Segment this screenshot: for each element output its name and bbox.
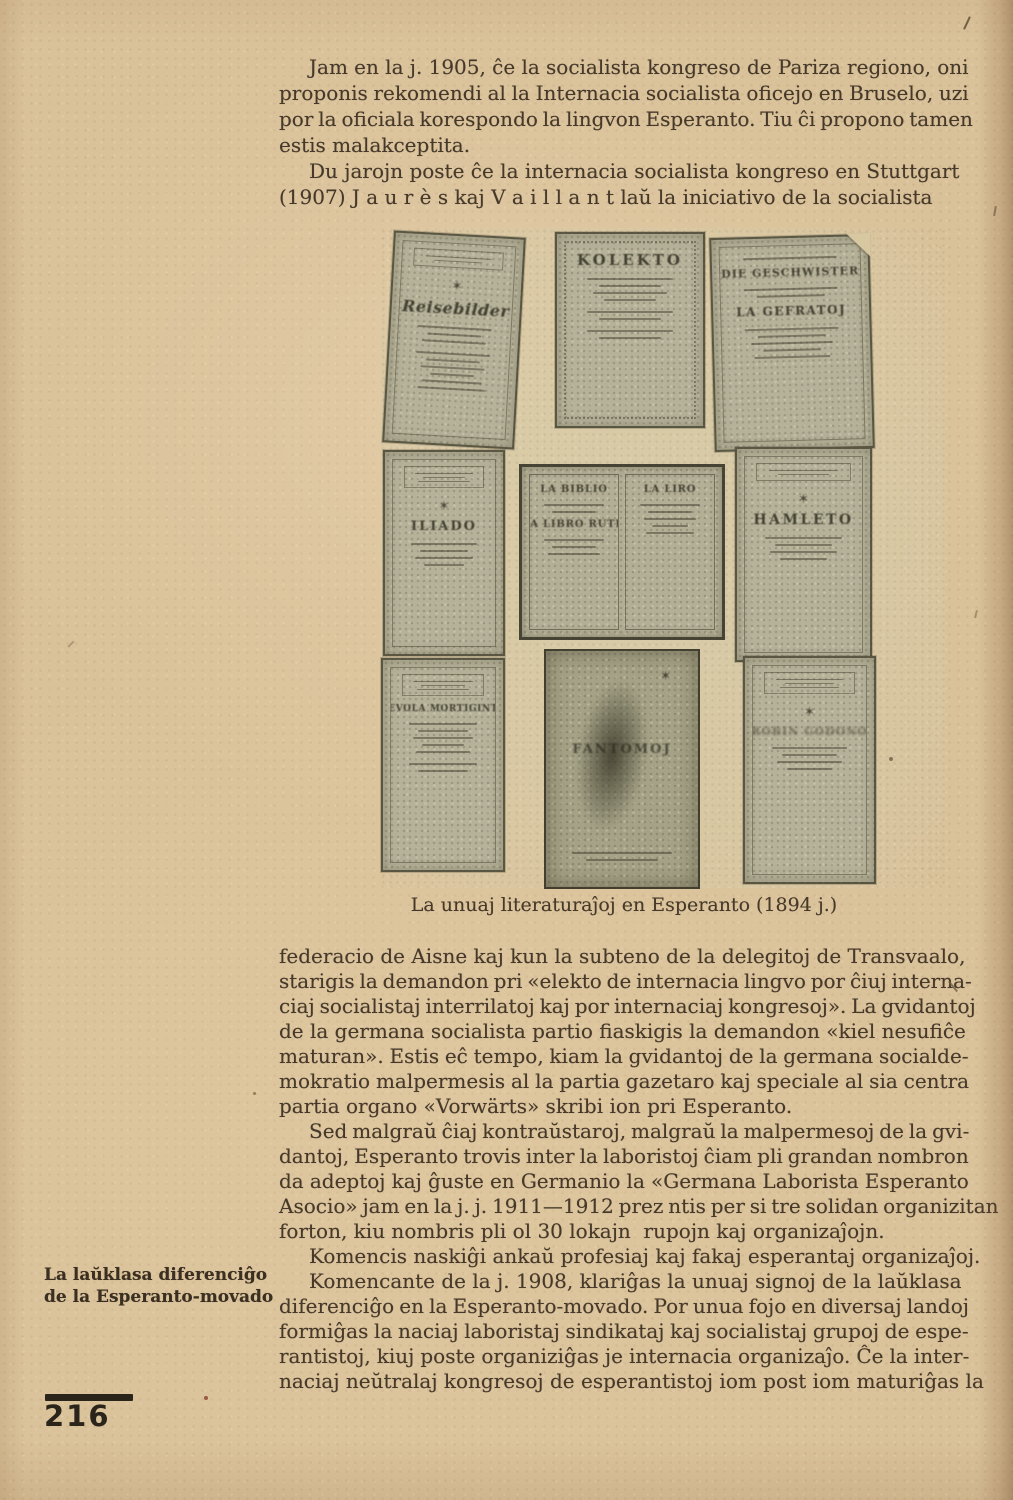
illegible-print-line bbox=[415, 473, 473, 475]
book-text-lines bbox=[561, 847, 682, 866]
esperanto-star-icon: ✶ bbox=[439, 500, 450, 513]
illegible-print-line bbox=[409, 763, 477, 765]
illegible-print-line bbox=[416, 351, 490, 357]
text-line: ciaj socialistaj interrilatoj kaj por in… bbox=[279, 994, 969, 1019]
text-line: starigis la demandon pri «elekto de inte… bbox=[279, 969, 969, 994]
illegible-print-line bbox=[778, 474, 828, 476]
book-title: FANTOMOJ bbox=[553, 742, 691, 758]
illegible-print-line bbox=[413, 737, 473, 739]
illegible-print-line bbox=[548, 553, 600, 555]
illegible-print-line bbox=[424, 564, 464, 566]
illegible-print-line bbox=[780, 687, 838, 689]
esperanto-star-icon: ✶ bbox=[804, 706, 815, 719]
illegible-print-line bbox=[787, 768, 832, 770]
illegible-print-line bbox=[415, 557, 473, 559]
book-text-lines bbox=[538, 499, 610, 518]
illegible-print-line bbox=[421, 685, 465, 687]
book-text-lines bbox=[538, 534, 610, 560]
book-title: ILIADO bbox=[411, 519, 477, 535]
figure-photo: ✶ Reisebilder KOLEKTO DIE GESCHWISTER LA… bbox=[380, 228, 945, 888]
book-header bbox=[756, 463, 850, 481]
illegible-print-line bbox=[544, 504, 603, 506]
paper-speck bbox=[253, 1092, 256, 1095]
book-header bbox=[413, 248, 504, 270]
illegible-print-line bbox=[552, 546, 595, 548]
book-title: LA BIBLIO bbox=[540, 484, 607, 496]
book-cover-robinsono: ✶ ROBIN GODONO bbox=[743, 656, 876, 884]
illegible-print-line bbox=[587, 330, 672, 332]
illegible-print-line bbox=[777, 761, 842, 763]
book-text-lines bbox=[404, 538, 485, 571]
text-line: forton, kiu nombris pli ol 30 lokajn rup… bbox=[279, 1219, 969, 1244]
illegible-print-line bbox=[599, 337, 661, 339]
illegible-print-line bbox=[422, 339, 487, 345]
book-title: LA LIRO bbox=[644, 484, 697, 496]
paragraph-6: Komencante de la j. 1908, klariĝas la un… bbox=[279, 1269, 969, 1394]
text-line: Sed malgraŭ ĉiaj kontraŭstaroj, malgraŭ … bbox=[279, 1119, 969, 1144]
illegible-print-line bbox=[430, 372, 475, 377]
illegible-print-line bbox=[640, 504, 699, 506]
paper-speck bbox=[993, 206, 996, 216]
text-line: da adeptoj kaj ĝuste en Germanio la «Ger… bbox=[279, 1169, 969, 1194]
paper-speck bbox=[204, 1396, 208, 1400]
illegible-print-line bbox=[552, 511, 595, 513]
esperanto-star-icon: ✶ bbox=[451, 279, 463, 293]
book-cover-frame: ✶ ROBIN GODONO bbox=[752, 665, 867, 875]
illegible-print-line bbox=[745, 326, 839, 330]
book-cover-kolekto: KOLEKTO bbox=[555, 232, 705, 428]
illegible-print-line bbox=[572, 852, 672, 854]
text-line: Komencante de la j. 1908, klariĝas la un… bbox=[279, 1269, 969, 1294]
text-line: estis malakceptita. bbox=[279, 132, 969, 158]
text-line: federacio de Aisne kaj kun la subteno de… bbox=[279, 944, 969, 969]
book-title: LA GEFRATOJ bbox=[736, 303, 846, 320]
illegible-print-line bbox=[757, 334, 826, 338]
text-line: de la Esperanto-movado bbox=[44, 1287, 289, 1309]
book-text-lines bbox=[402, 718, 485, 758]
book-cover-reisebilder: ✶ Reisebilder bbox=[382, 230, 526, 449]
margin-note: La laŭklasa diferenciĝode la Esperanto-m… bbox=[44, 1265, 289, 1308]
book-title-german: DIE GESCHWISTER bbox=[721, 264, 859, 281]
text-line: formiĝas la naciaj laboristaj sindikataj… bbox=[279, 1319, 969, 1344]
text-line: Jam en la j. 1905, ĉe la socialista kong… bbox=[279, 54, 969, 80]
illegible-print-line bbox=[644, 518, 696, 520]
text-line: Asocio» jam en la j. j. 1911—1912 prez n… bbox=[279, 1194, 969, 1219]
book-text-lines bbox=[578, 306, 682, 325]
illegible-print-line bbox=[423, 477, 466, 479]
illegible-print-line bbox=[599, 318, 661, 320]
paragraph-1: Jam en la j. 1905, ĉe la socialista kong… bbox=[279, 54, 969, 158]
illegible-print-line bbox=[646, 532, 694, 534]
illegible-print-line bbox=[775, 544, 831, 546]
book-cover-frame: DIE GESCHWISTER LA GEFRATOJ bbox=[718, 243, 865, 443]
illegible-print-line bbox=[764, 348, 821, 351]
book-text-lines bbox=[406, 345, 498, 397]
illegible-print-line bbox=[770, 551, 838, 553]
illegible-print-line bbox=[756, 294, 825, 298]
folded-corner bbox=[846, 233, 871, 258]
illegible-print-line bbox=[544, 539, 603, 541]
illegible-print-line bbox=[418, 481, 469, 483]
illegible-print-line bbox=[776, 679, 842, 681]
illegible-print-line bbox=[593, 292, 668, 294]
illegible-print-line bbox=[587, 311, 672, 313]
book-cover-gefratoj: DIE GESCHWISTER LA GEFRATOJ bbox=[709, 234, 875, 452]
figure-caption: La unuaj literaturaĵoj en Esperanto (189… bbox=[279, 893, 969, 917]
book-page: Jam en la j. 1905, ĉe la socialista kong… bbox=[0, 0, 1013, 1500]
book-cover-biblio: LA BIBLIO LA LIBRO RUTH bbox=[529, 474, 619, 630]
esperanto-star-icon: ✶ bbox=[798, 493, 809, 506]
body-text-bottom: federacio de Aisne kaj kun la subteno de… bbox=[279, 944, 969, 1394]
book-header bbox=[404, 466, 485, 488]
double-book-frame: LA BIBLIO LA LIBRO RUTH LA LIRO bbox=[519, 464, 725, 640]
illegible-print-line bbox=[604, 299, 656, 301]
page-number: 216 bbox=[44, 1399, 111, 1433]
illegible-print-line bbox=[743, 256, 837, 260]
book-title: KOLEKTO bbox=[577, 251, 683, 269]
book-cover-frame: ✶ ILIADO bbox=[392, 459, 496, 647]
book-cover-hamleto: ✶ HAMLETO bbox=[735, 447, 872, 662]
book-title: ROBIN GODONO bbox=[752, 725, 867, 738]
paragraph-3: federacio de Aisne kaj kun la subteno de… bbox=[279, 944, 969, 1119]
book-cover-frame: ✶ FANTOMOJ bbox=[553, 658, 691, 880]
text-line: proponis rekomendi al la Internacia soci… bbox=[279, 80, 969, 106]
illegible-print-line bbox=[416, 751, 471, 753]
illegible-print-line bbox=[409, 723, 477, 725]
book-cover-frame: ✶ HAMLETO bbox=[744, 456, 863, 653]
paragraph-2: Du jarojn poste ĉe la internacia sociali… bbox=[279, 158, 969, 210]
illegible-print-line bbox=[586, 859, 659, 861]
text-line: partia organo «Vorwärts» skribi ion pri … bbox=[279, 1094, 969, 1119]
illegible-print-line bbox=[785, 683, 833, 685]
text-line: de la germana socialista partio fiaskigi… bbox=[279, 1019, 969, 1044]
illegible-print-line bbox=[427, 332, 481, 337]
illegible-print-line bbox=[751, 341, 833, 345]
illegible-print-line bbox=[434, 259, 482, 263]
illegible-print-line bbox=[413, 681, 473, 683]
illegible-print-line bbox=[755, 355, 831, 359]
paragraph-5: Komencis naskiĝi ankaŭ profesiaj kaj fak… bbox=[279, 1244, 969, 1269]
book-text-lines bbox=[733, 282, 848, 304]
book-cover-frame: ✶ Reisebilder bbox=[392, 240, 517, 440]
book-cover-fantomoj: ✶ FANTOMOJ bbox=[544, 649, 700, 889]
book-title: NEVOLA MORTIGINTO bbox=[390, 704, 496, 715]
book-text-lines bbox=[764, 742, 855, 775]
illegible-print-line bbox=[418, 770, 468, 772]
esperanto-star-icon: ✶ bbox=[660, 670, 671, 683]
book-cover-liro: LA LIRO bbox=[625, 474, 715, 630]
book-text-lines bbox=[734, 321, 849, 364]
illegible-print-line bbox=[426, 358, 480, 363]
text-line: (1907) J a u r è s kaj V a i l l a n t l… bbox=[279, 184, 969, 210]
text-line: La laŭklasa diferenciĝo bbox=[44, 1265, 289, 1287]
book-title: HAMLETO bbox=[753, 512, 853, 529]
text-line: maturan». Estis eĉ tempo, kiam la gvidan… bbox=[279, 1044, 969, 1069]
illegible-print-line bbox=[780, 558, 827, 560]
illegible-print-line bbox=[772, 747, 846, 749]
illegible-print-line bbox=[744, 287, 838, 291]
illegible-print-line bbox=[587, 278, 672, 280]
book-text-lines bbox=[402, 758, 485, 777]
illegible-print-line bbox=[422, 379, 481, 384]
book-text-lines bbox=[578, 273, 682, 306]
illegible-print-line bbox=[417, 689, 469, 691]
book-subtitle: LA LIBRO RUTH bbox=[529, 519, 619, 531]
text-line: Komencis naskiĝi ankaŭ profesiaj kaj fak… bbox=[279, 1244, 969, 1269]
illegible-print-line bbox=[420, 365, 485, 371]
illegible-print-line bbox=[417, 386, 485, 392]
illegible-print-line bbox=[418, 730, 468, 732]
text-line: Du jarojn poste ĉe la internacia sociali… bbox=[279, 158, 969, 184]
book-cover-iliado: ✶ ILIADO bbox=[383, 450, 505, 656]
illegible-print-line bbox=[652, 525, 688, 527]
book-title: Reisebilder bbox=[402, 296, 510, 321]
book-cover-frame: KOLEKTO bbox=[564, 241, 696, 419]
illegible-print-line bbox=[765, 537, 842, 539]
illegible-print-line bbox=[418, 325, 492, 331]
illegible-print-line bbox=[599, 285, 661, 287]
book-text-lines bbox=[732, 251, 847, 266]
text-line: diferenciĝo en la Esperanto-movado. Por … bbox=[279, 1294, 969, 1319]
paper-speck bbox=[963, 16, 971, 30]
body-text-top: Jam en la j. 1905, ĉe la socialista kong… bbox=[279, 54, 969, 210]
text-line: naciaj neŭtralaj kongresoj de esperantis… bbox=[279, 1369, 969, 1394]
book-header bbox=[402, 674, 485, 696]
illegible-print-line bbox=[411, 543, 477, 545]
illegible-print-line bbox=[422, 744, 463, 746]
illegible-print-line bbox=[648, 511, 691, 513]
illegible-print-line bbox=[769, 470, 838, 472]
illegible-print-line bbox=[782, 754, 836, 756]
book-text-lines bbox=[634, 499, 706, 539]
text-line: dantoj, Esperanto trovis inter la labori… bbox=[279, 1144, 969, 1169]
book-text-lines bbox=[756, 532, 850, 565]
paper-speck bbox=[67, 641, 74, 648]
illegible-print-line bbox=[420, 550, 469, 552]
book-header bbox=[764, 672, 855, 694]
text-line: por la oficiala korespondo la lingvon Es… bbox=[279, 106, 969, 132]
paper-speck bbox=[974, 610, 978, 618]
book-text-lines bbox=[578, 325, 682, 344]
text-line: mokratio malpermesis al la partia gazeta… bbox=[279, 1069, 969, 1094]
book-cover-frame: NEVOLA MORTIGINTO bbox=[390, 667, 496, 863]
paragraph-4: Sed malgraŭ ĉiaj kontraŭstaroj, malgraŭ … bbox=[279, 1119, 969, 1244]
book-cover-nevola-mortiginto: NEVOLA MORTIGINTO bbox=[381, 658, 505, 872]
text-line: rantistoj, kiuj poste organiziĝas je int… bbox=[279, 1344, 969, 1369]
